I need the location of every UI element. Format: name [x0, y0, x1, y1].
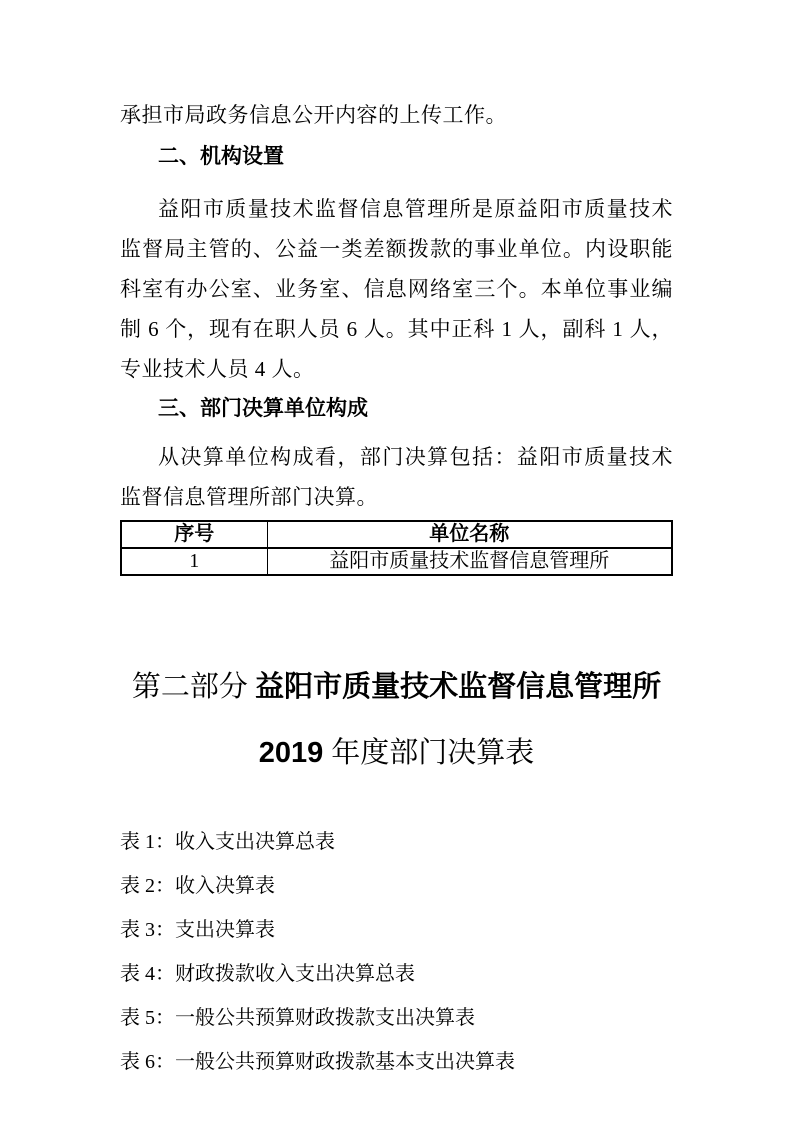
units-table-header-index: 序号	[121, 521, 267, 548]
intro-paragraph: 承担市局政务信息公开内容的上传工作。	[120, 95, 673, 135]
list-item: 表 3：支出决算表	[120, 908, 673, 952]
units-table-header-row: 序号 单位名称	[121, 521, 672, 548]
units-table-header-name: 单位名称	[267, 521, 672, 548]
part2-title-prefix: 第二部分	[132, 671, 255, 703]
section-heading-units: 三、部门决算单位构成	[120, 389, 673, 429]
section-org-paragraph: 益阳市质量技术监督信息管理所是原益阳市质量技术监督局主管的、公益一类差额拨款的事…	[120, 189, 673, 389]
part2-title-line2: 2019 年度部门决算表	[120, 720, 673, 786]
list-item: 表 4：财政拨款收入支出决算总表	[120, 952, 673, 996]
part2-title-year: 2019	[259, 737, 332, 769]
part2-title-org-name: 益阳市质量技术监督信息管理所	[255, 671, 661, 703]
document-page: 承担市局政务信息公开内容的上传工作。 二、机构设置 益阳市质量技术监督信息管理所…	[0, 0, 793, 1122]
unit-name-cell: 益阳市质量技术监督信息管理所	[267, 548, 672, 575]
section-heading-org: 二、机构设置	[120, 137, 673, 177]
unit-index-cell: 1	[121, 548, 267, 575]
list-item: 表 6：一般公共预算财政拨款基本支出决算表	[120, 1040, 673, 1084]
table-row: 1 益阳市质量技术监督信息管理所	[121, 548, 672, 575]
section-units-paragraph: 从决算单位构成看，部门决算包括：益阳市质量技术监督信息管理所部门决算。	[120, 437, 673, 517]
statement-table-list: 表 1：收入支出决算总表 表 2：收入决算表 表 3：支出决算表 表 4：财政拨…	[120, 820, 673, 1084]
part2-title-suffix: 年度部门决算表	[331, 737, 534, 769]
part2-title: 第二部分 益阳市质量技术监督信息管理所 2019 年度部门决算表	[120, 654, 673, 786]
list-item: 表 2：收入决算表	[120, 864, 673, 908]
list-item: 表 1：收入支出决算总表	[120, 820, 673, 864]
units-table: 序号 单位名称 1 益阳市质量技术监督信息管理所	[120, 520, 673, 576]
list-item: 表 5：一般公共预算财政拨款支出决算表	[120, 996, 673, 1040]
part2-title-line1: 第二部分 益阳市质量技术监督信息管理所	[120, 654, 673, 720]
